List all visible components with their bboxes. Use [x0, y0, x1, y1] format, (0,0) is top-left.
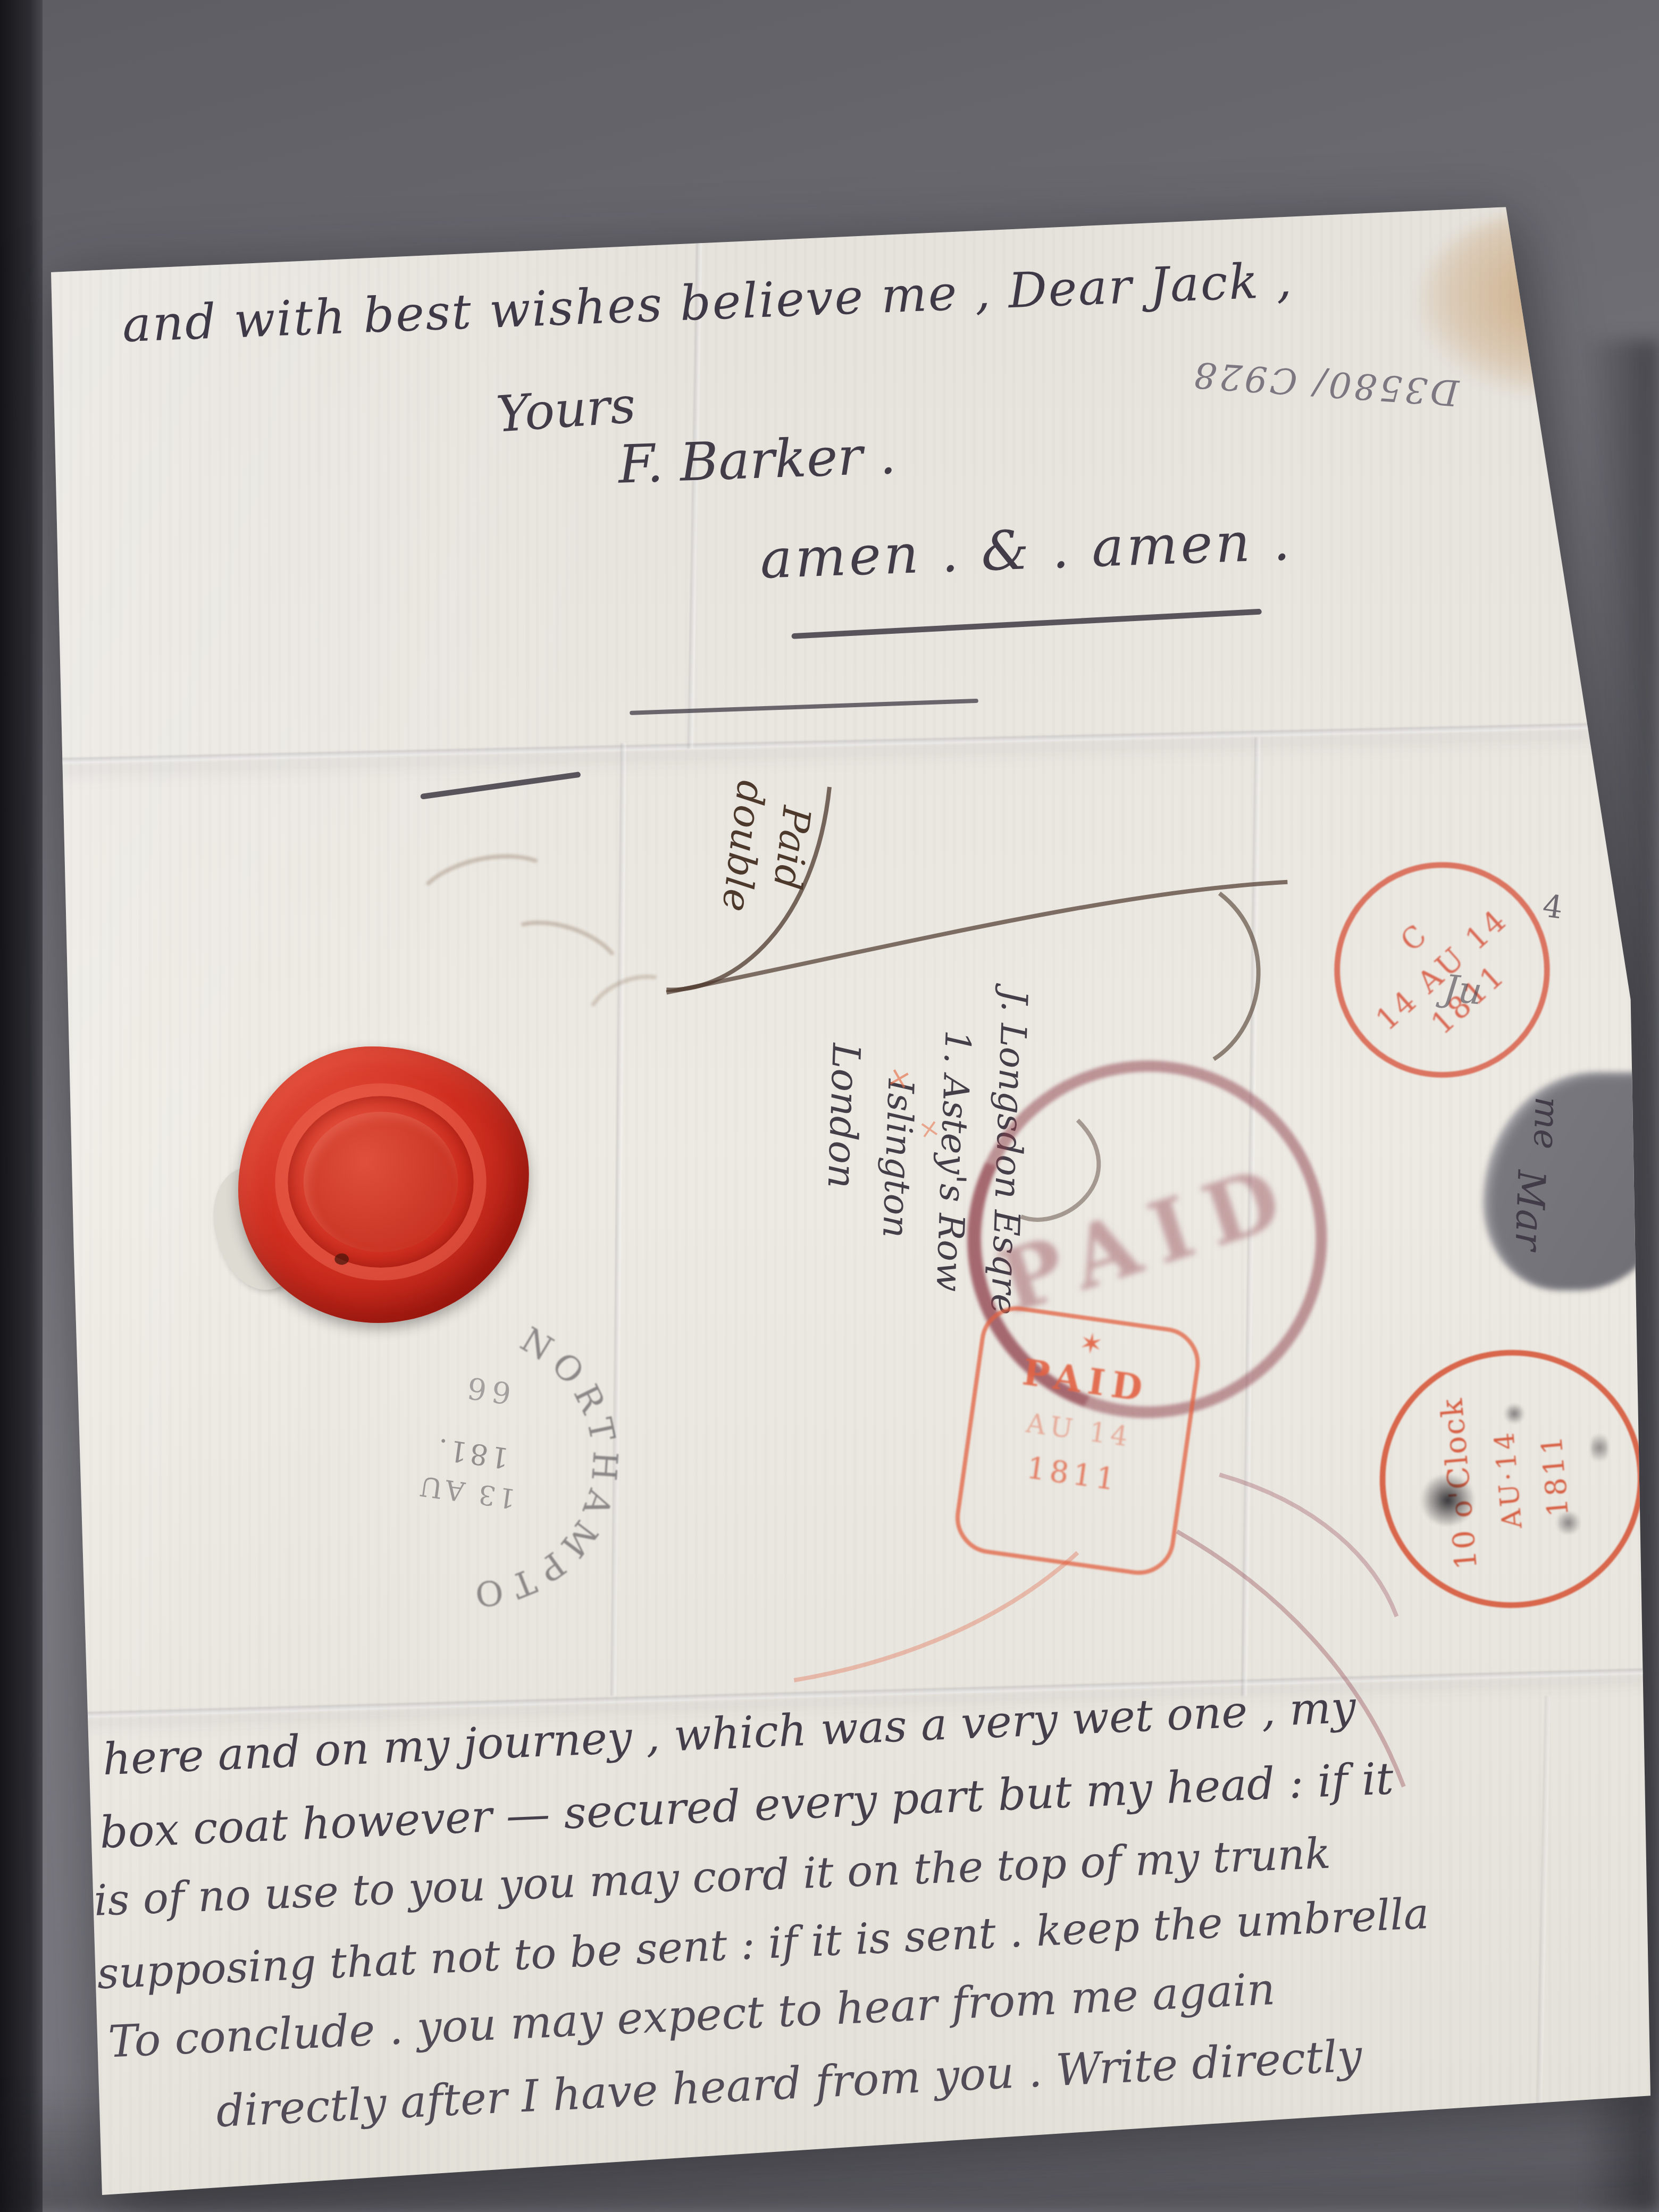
fold-crease-vertical-bottom [1535, 1696, 1551, 2164]
yours-line: Yours [495, 378, 638, 445]
ink-smudge [1503, 1404, 1526, 1423]
paid-date-line3: 1811 [1025, 1451, 1121, 1498]
seal-speck [334, 1253, 349, 1264]
pen-rule [630, 699, 978, 715]
paid-handstamp-label: PAID [988, 1144, 1309, 1333]
letter-paper: and with best wishes believe me , Dear J… [0, 0, 1659, 2212]
wax-seal [238, 1046, 529, 1323]
signature-line: F. Barker . [617, 425, 897, 496]
closing-line: and with best wishes believe me , Dear J… [121, 253, 1294, 354]
ink-smudge [1418, 1474, 1478, 1526]
fragment-me: me [1526, 1096, 1567, 1150]
paid-date-line1: PAID [1020, 1352, 1152, 1410]
ink-smudge [1554, 1512, 1582, 1535]
ten-oclock-line2: AU·14 [1489, 1428, 1529, 1530]
fragment-mar: Mar [1506, 1169, 1553, 1251]
pencil-docket: D3580/ C928 [1190, 354, 1460, 413]
northampton-datestamp: NORTHAMPTON 13 AU 181. 66 [311, 1300, 631, 1620]
receiver-line1: C [1396, 920, 1431, 956]
paid-date-line2: AU 14 [1024, 1408, 1134, 1454]
paid-date-star: ✶ [1077, 1325, 1105, 1362]
amen-line: amen . & . amen . [759, 510, 1294, 591]
seal-center [304, 1112, 458, 1252]
northampton-mileage: 66 [459, 1369, 513, 1410]
paid-date-handstamp: ✶ PAID AU 14 1811 [951, 1302, 1204, 1580]
photo-of-letter: and with best wishes believe me , Dear J… [0, 0, 1659, 2212]
fragment-four: 4 [1540, 889, 1565, 927]
letter-sheet: and with best wishes believe me , Dear J… [0, 0, 1659, 2212]
pen-underline [791, 609, 1262, 639]
foxing-stain [1418, 213, 1659, 397]
northampton-date: 13 AU [415, 1470, 518, 1514]
northampton-year: 181. [432, 1431, 510, 1475]
ten-oclock-line3: 1811 [1535, 1432, 1576, 1518]
ink-smudge [1591, 1429, 1608, 1466]
fragment-ju: Ju [1442, 968, 1484, 1014]
